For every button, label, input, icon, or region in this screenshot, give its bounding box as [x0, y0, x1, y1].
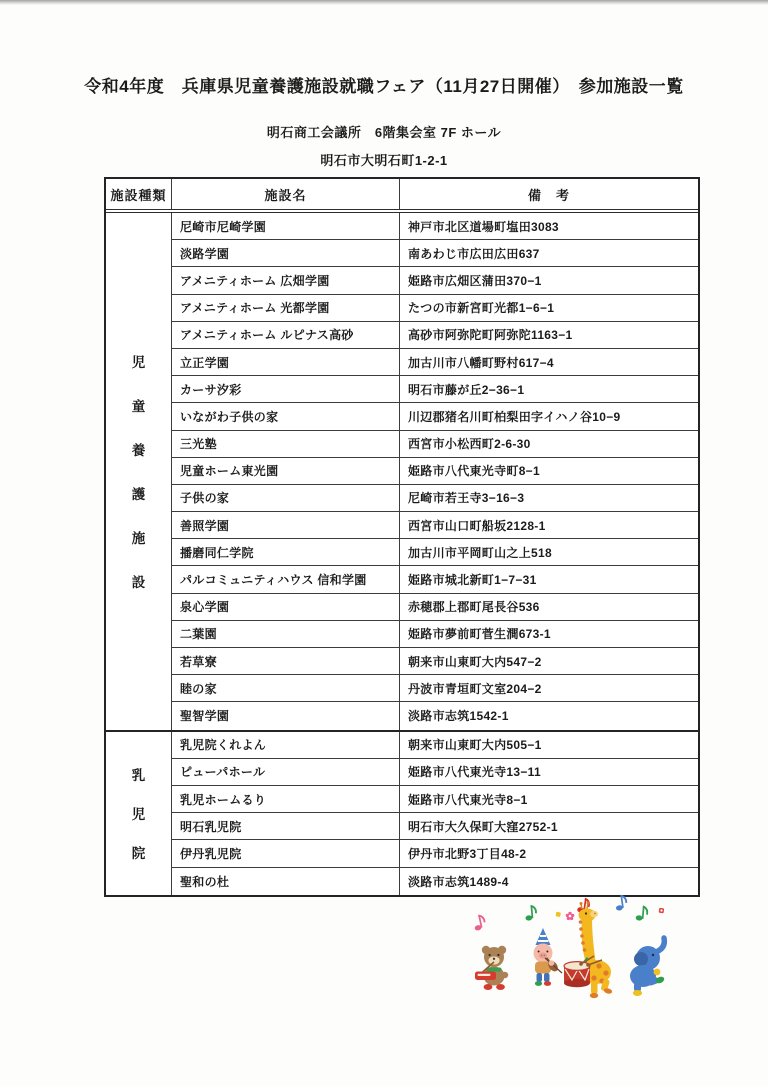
facility-remarks-cell: 明石市大久保町大窪2752-1	[400, 813, 698, 840]
music-notes-decoration	[472, 895, 664, 931]
column-header-remarks: 備 考	[400, 179, 698, 209]
facility-name-cell: アメニティホーム 光都学園	[172, 295, 400, 322]
facility-name-cell: 子供の家	[172, 485, 400, 512]
facility-group: 児童養護施設尼崎市尼崎学園神戸市北区道場町塩田3083淡路学園南あわじ市広田広田…	[106, 213, 698, 730]
facility-type-char: 童	[132, 395, 146, 415]
music-band-illustration	[466, 890, 711, 1005]
facility-remarks-cell: 丹波市青垣町文室204−2	[400, 675, 698, 702]
pig-character	[534, 928, 563, 986]
facility-name-cell: 明石乳児院	[172, 813, 400, 840]
table-header-row: 施設種類 施設名 備 考	[106, 179, 698, 213]
facility-name-cell: 乳児院くれよん	[172, 732, 400, 759]
facility-name-cell: 尼崎市尼崎学園	[172, 213, 400, 240]
facility-remarks-cell: 加古川市平岡町山之上518	[400, 539, 698, 566]
table-body: 児童養護施設尼崎市尼崎学園神戸市北区道場町塩田3083淡路学園南あわじ市広田広田…	[106, 213, 698, 895]
facility-name-cell: アメニティホーム 広畑学園	[172, 267, 400, 294]
facility-remarks-cell: 姫路市城北新町1−7−31	[400, 566, 698, 593]
facility-remarks-cell: 神戸市北区道場町塩田3083	[400, 213, 698, 240]
facility-remarks-cell: 姫路市八代東光寺13−11	[400, 759, 698, 786]
venue-address: 明石市大明石町1-2-1	[0, 150, 768, 169]
facility-name-cell: アメニティホーム ルピナス高砂	[172, 322, 400, 349]
facility-name-cell: 二葉園	[172, 621, 400, 648]
facility-type-char: 児	[132, 803, 146, 823]
facility-remarks-cell: 尼崎市若王寺3−16−3	[400, 485, 698, 512]
facility-name-cell: 善照学園	[172, 512, 400, 539]
facility-table: 施設種類 施設名 備 考 児童養護施設尼崎市尼崎学園神戸市北区道場町塩田3083…	[104, 177, 700, 897]
facility-name-cell: 立正学園	[172, 349, 400, 376]
facility-remarks-cell: 姫路市広畑区蒲田370−1	[400, 267, 698, 294]
facility-remarks-cell: 明石市藤が丘2−36−1	[400, 376, 698, 403]
facility-remarks-cell: 姫路市八代東光寺町8−1	[400, 458, 698, 485]
red-flower-shape	[659, 908, 665, 914]
drum	[564, 962, 590, 988]
column-header-name: 施設名	[172, 179, 400, 209]
facility-remarks-cell: 加古川市八幡町野村617−4	[400, 349, 698, 376]
facility-group: 乳児院乳児院くれよん朝来市山東町大内505−1ピューパホール姫路市八代東光寺13…	[106, 730, 698, 895]
scan-edge	[0, 0, 768, 5]
facility-type-char: 養	[132, 439, 146, 459]
facility-name-cell: ピューパホール	[172, 759, 400, 786]
facility-type-label: 児童養護施設	[106, 213, 172, 730]
facility-name-cell: 聖智学園	[172, 702, 400, 729]
facility-name-cell: 播磨同仁学院	[172, 539, 400, 566]
facility-name-cell: 三光塾	[172, 431, 400, 458]
facility-type-label: 乳児院	[106, 732, 172, 895]
facility-remarks-cell: 赤穂郡上郡町尾長谷536	[400, 594, 698, 621]
facility-remarks-cell: 姫路市夢前町菅生澗673-1	[400, 621, 698, 648]
facility-remarks-cell: 朝来市山東町大内547−2	[400, 648, 698, 675]
facility-remarks-cell: 伊丹市北野3丁目48-2	[400, 840, 698, 867]
venue-name: 明石商工会議所 6階集会室 7F ホール	[0, 122, 768, 141]
facility-name-cell: 泉心学園	[172, 594, 400, 621]
facility-type-char: 乳	[132, 764, 146, 784]
elephant-character	[630, 938, 665, 996]
facility-name-cell: 睦の家	[172, 675, 400, 702]
bear-character	[475, 946, 508, 990]
facility-type-char: 施	[132, 527, 146, 547]
flower-shape	[566, 912, 575, 920]
facility-type-char: 護	[132, 483, 146, 503]
facility-name-cell: 児童ホーム東光園	[172, 458, 400, 485]
facility-type-char: 院	[132, 842, 146, 862]
facility-remarks-cell: たつの市新宮町光都1−6−1	[400, 295, 698, 322]
facility-remarks-cell: 川辺郡猪名川町柏梨田字イハノ谷10−9	[400, 403, 698, 430]
facility-remarks-cell: 姫路市八代東光寺8−1	[400, 786, 698, 813]
facility-name-cell: カーサ汐彩	[172, 376, 400, 403]
facility-name-cell: 伊丹乳児院	[172, 840, 400, 867]
facility-name-cell: 乳児ホームるり	[172, 786, 400, 813]
facility-remarks-cell: 西宮市山口町船坂2128-1	[400, 512, 698, 539]
facility-remarks-cell: 西宮市小松西町2-6-30	[400, 431, 698, 458]
facility-remarks-cell: 南あわじ市広田広田637	[400, 240, 698, 267]
facility-remarks-cell: 淡路市志筑1542-1	[400, 702, 698, 729]
page-title: 令和4年度 兵庫県児童養護施設就職フェア（11月27日開催） 参加施設一覧	[0, 72, 768, 97]
column-header-type: 施設種類	[106, 179, 172, 209]
facility-type-char: 児	[132, 351, 146, 371]
facility-remarks-cell: 朝来市山東町大内505−1	[400, 732, 698, 759]
facility-remarks-cell: 高砂市阿弥陀町阿弥陀1163−1	[400, 322, 698, 349]
facility-name-cell: いながわ子供の家	[172, 403, 400, 430]
facility-name-cell: パルコミュニティハウス 信和学園	[172, 566, 400, 593]
facility-name-cell: 聖和の杜	[172, 868, 400, 895]
facility-name-cell: 若草寮	[172, 648, 400, 675]
facility-name-cell: 淡路学園	[172, 240, 400, 267]
facility-type-char: 設	[132, 571, 146, 591]
